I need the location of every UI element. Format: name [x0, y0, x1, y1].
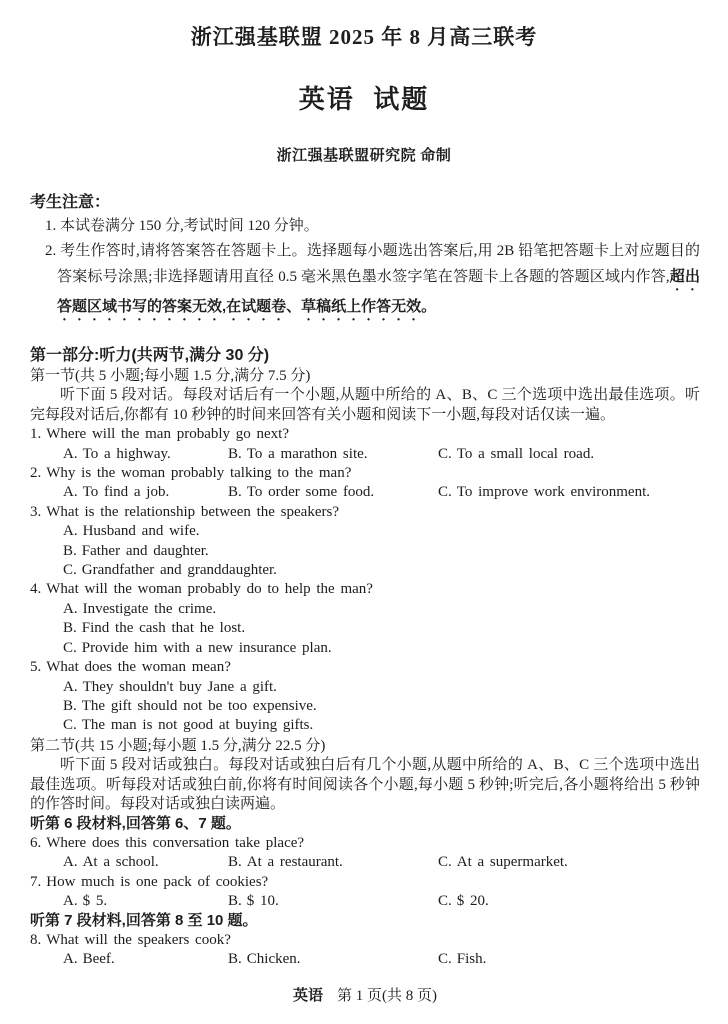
question-number: 3.	[30, 504, 41, 520]
option-a-text: Investigate the crime.	[83, 601, 217, 617]
question-number: 6.	[30, 835, 41, 851]
notice-item-1: 1. 本试卷满分 150 分,考试时间 120 分钟。	[30, 214, 700, 239]
notice-item-2: 2. 考生作答时,请将答案答在答题卡上。选择题每小题选出答案后,用 2B 铅笔把…	[30, 239, 700, 324]
option-c-text: The man is not good at buying gifts.	[82, 717, 313, 733]
question-8: 8.What will the speakers cook? A.Beef. B…	[30, 931, 700, 970]
option-b: B.The gift should not be too expensive.	[30, 697, 700, 716]
option-a: A.To find a job.	[63, 483, 228, 502]
question-line: 7.How much is one pack of cookies?	[30, 873, 700, 892]
question-text: What will the speakers cook?	[46, 932, 231, 948]
option-c-text: Provide him with a new insurance plan.	[82, 640, 332, 656]
question-text: What does the woman mean?	[46, 659, 231, 675]
option-b: B.Chicken.	[228, 950, 438, 969]
question-line: 4.What will the woman probably do to hel…	[30, 580, 700, 599]
question-number: 4.	[30, 581, 41, 597]
question-4: 4.What will the woman probably do to hel…	[30, 580, 700, 658]
option-b: B.Find the cash that he lost.	[30, 619, 700, 638]
question-line: 8.What will the speakers cook?	[30, 931, 700, 950]
option-c: C.Fish.	[438, 950, 700, 969]
option-a-label: A.	[63, 951, 78, 967]
option-c: C.The man is not good at buying gifts.	[30, 716, 700, 735]
option-b-text: At a restaurant.	[247, 854, 343, 870]
footer-page-number: 第 1 页(共 8 页)	[337, 988, 437, 1004]
question-number: 2.	[30, 465, 41, 481]
option-a-text: Husband and wife.	[83, 523, 200, 539]
option-b: B.At a restaurant.	[228, 853, 438, 872]
option-c-label: C.	[63, 717, 77, 733]
section2-instructions: 听下面 5 段对话或独白。每段对话或独白后有几个小题,从题中所给的 A、B、C …	[30, 756, 700, 814]
document-body: 考生注意： 1. 本试卷满分 150 分,考试时间 120 分钟。 2. 考生作…	[0, 192, 728, 1006]
option-b-text: To a marathon site.	[247, 446, 368, 462]
exam-subject-title: 英语 试题	[0, 84, 728, 116]
option-a: A.They shouldn't buy Jane a gift.	[30, 678, 700, 697]
option-a-text: $ 5.	[83, 893, 108, 909]
option-a-label: A.	[63, 679, 78, 695]
question-5: 5.What does the woman mean? A.They shoul…	[30, 658, 700, 736]
option-a: A.$ 5.	[63, 892, 228, 911]
option-b-label: B.	[228, 484, 242, 500]
option-c: C.Provide him with a new insurance plan.	[30, 639, 700, 658]
option-b-text: $ 10.	[247, 893, 279, 909]
option-c-text: Grandfather and granddaughter.	[82, 562, 277, 578]
option-b-label: B.	[228, 893, 242, 909]
option-c-text: At a supermarket.	[457, 854, 568, 870]
question-text: How much is one pack of cookies?	[46, 874, 268, 890]
material-7-label: 听第 7 段材料,回答第 8 至 10 题。	[30, 911, 700, 930]
option-a-label: A.	[63, 446, 78, 462]
question-1: 1.Where will the man probably go next? A…	[30, 425, 700, 464]
question-text: What is the relationship between the spe…	[46, 504, 339, 520]
option-c: C.$ 20.	[438, 892, 700, 911]
issuer-line: 浙江强基联盟研究院 命制	[0, 146, 728, 166]
options-row: A.$ 5. B.$ 10. C.$ 20.	[30, 892, 700, 911]
option-a-text: They shouldn't buy Jane a gift.	[83, 679, 277, 695]
options-row: A.Beef. B.Chicken. C.Fish.	[30, 950, 700, 969]
question-text: Where will the man probably go next?	[46, 426, 289, 442]
option-a: A.Investigate the crime.	[30, 600, 700, 619]
options-row: A.At a school. B.At a restaurant. C.At a…	[30, 853, 700, 872]
options-row: A.To find a job. B.To order some food. C…	[30, 483, 700, 502]
option-a-label: A.	[63, 893, 78, 909]
question-text: Why is the woman probably talking to the…	[46, 465, 351, 481]
option-b-label: B.	[228, 854, 242, 870]
option-c: C.At a supermarket.	[438, 853, 700, 872]
option-c-label: C.	[63, 562, 77, 578]
part1-heading: 第一部分:听力(共两节,满分 30 分)	[30, 346, 700, 366]
section2-heading: 第二节(共 15 小题;每小题 1.5 分,满分 22.5 分)	[30, 737, 700, 756]
option-b-text: Father and daughter.	[82, 543, 209, 559]
option-c-label: C.	[438, 484, 452, 500]
option-c-text: Fish.	[457, 951, 487, 967]
material-6-label: 听第 6 段材料,回答第 6、7 题。	[30, 814, 700, 833]
option-c: C.To a small local road.	[438, 445, 700, 464]
option-c: C.To improve work environment.	[438, 483, 700, 502]
option-a: A.Husband and wife.	[30, 522, 700, 541]
option-a-text: At a school.	[83, 854, 159, 870]
option-c-label: C.	[438, 951, 452, 967]
notice-item-2-text: 2. 考生作答时,请将答案答在答题卡上。选择题每小题选出答案后,用 2B 铅笔把…	[45, 243, 700, 285]
option-c-label: C.	[438, 893, 452, 909]
page-title: 浙江强基联盟 2025 年 8 月高三联考	[0, 0, 728, 50]
option-a-text: To find a job.	[83, 484, 170, 500]
option-c-label: C.	[438, 854, 452, 870]
option-c-text: To improve work environment.	[457, 484, 650, 500]
question-line: 2.Why is the woman probably talking to t…	[30, 464, 700, 483]
option-b-label: B.	[228, 951, 242, 967]
option-b-label: B.	[63, 543, 77, 559]
question-2: 2.Why is the woman probably talking to t…	[30, 464, 700, 503]
option-b-text: Chicken.	[247, 951, 301, 967]
question-7: 7.How much is one pack of cookies? A.$ 5…	[30, 873, 700, 912]
option-b: B.$ 10.	[228, 892, 438, 911]
exam-page: 浙江强基联盟 2025 年 8 月高三联考 英语 试题 浙江强基联盟研究院 命制…	[0, 0, 728, 1024]
option-b-label: B.	[228, 446, 242, 462]
option-b: B.Father and daughter.	[30, 542, 700, 561]
option-b: B.To a marathon site.	[228, 445, 438, 464]
option-c-text: To a small local road.	[457, 446, 594, 462]
page-footer: 英语第 1 页(共 8 页)	[30, 986, 700, 1006]
question-text: What will the woman probably do to help …	[46, 581, 373, 597]
question-text: Where does this conversation take place?	[46, 835, 304, 851]
option-a: A.To a highway.	[63, 445, 228, 464]
footer-subject: 英语	[293, 987, 323, 1004]
option-b-label: B.	[63, 620, 77, 636]
option-b-text: To order some food.	[247, 484, 374, 500]
option-a-text: Beef.	[83, 951, 115, 967]
option-c-label: C.	[63, 640, 77, 656]
option-a-label: A.	[63, 854, 78, 870]
option-b-text: Find the cash that he lost.	[82, 620, 245, 636]
option-c: C.Grandfather and granddaughter.	[30, 561, 700, 580]
question-3: 3.What is the relationship between the s…	[30, 503, 700, 581]
option-c-text: $ 20.	[457, 893, 489, 909]
option-a: A.Beef.	[63, 950, 228, 969]
question-number: 8.	[30, 932, 41, 948]
question-number: 1.	[30, 426, 41, 442]
question-number: 5.	[30, 659, 41, 675]
option-b-label: B.	[63, 698, 77, 714]
option-c-label: C.	[438, 446, 452, 462]
option-a-label: A.	[63, 601, 78, 617]
question-line: 3.What is the relationship between the s…	[30, 503, 700, 522]
option-b: B.To order some food.	[228, 483, 438, 502]
notice-heading: 考生注意：	[30, 192, 700, 214]
question-line: 1.Where will the man probably go next?	[30, 425, 700, 444]
option-a-label: A.	[63, 523, 78, 539]
section1-heading: 第一节(共 5 小题;每小题 1.5 分,满分 7.5 分)	[30, 367, 700, 386]
section1-instructions: 听下面 5 段对话。每段对话后有一个小题,从题中所给的 A、B、C 三个选项中选…	[30, 386, 700, 425]
option-a-text: To a highway.	[83, 446, 171, 462]
options-row: A.To a highway. B.To a marathon site. C.…	[30, 445, 700, 464]
option-a: A.At a school.	[63, 853, 228, 872]
question-number: 7.	[30, 874, 41, 890]
question-6: 6.Where does this conversation take plac…	[30, 834, 700, 873]
option-a-label: A.	[63, 484, 78, 500]
question-line: 5.What does the woman mean?	[30, 658, 700, 677]
option-b-text: The gift should not be too expensive.	[82, 698, 317, 714]
question-line: 6.Where does this conversation take plac…	[30, 834, 700, 853]
